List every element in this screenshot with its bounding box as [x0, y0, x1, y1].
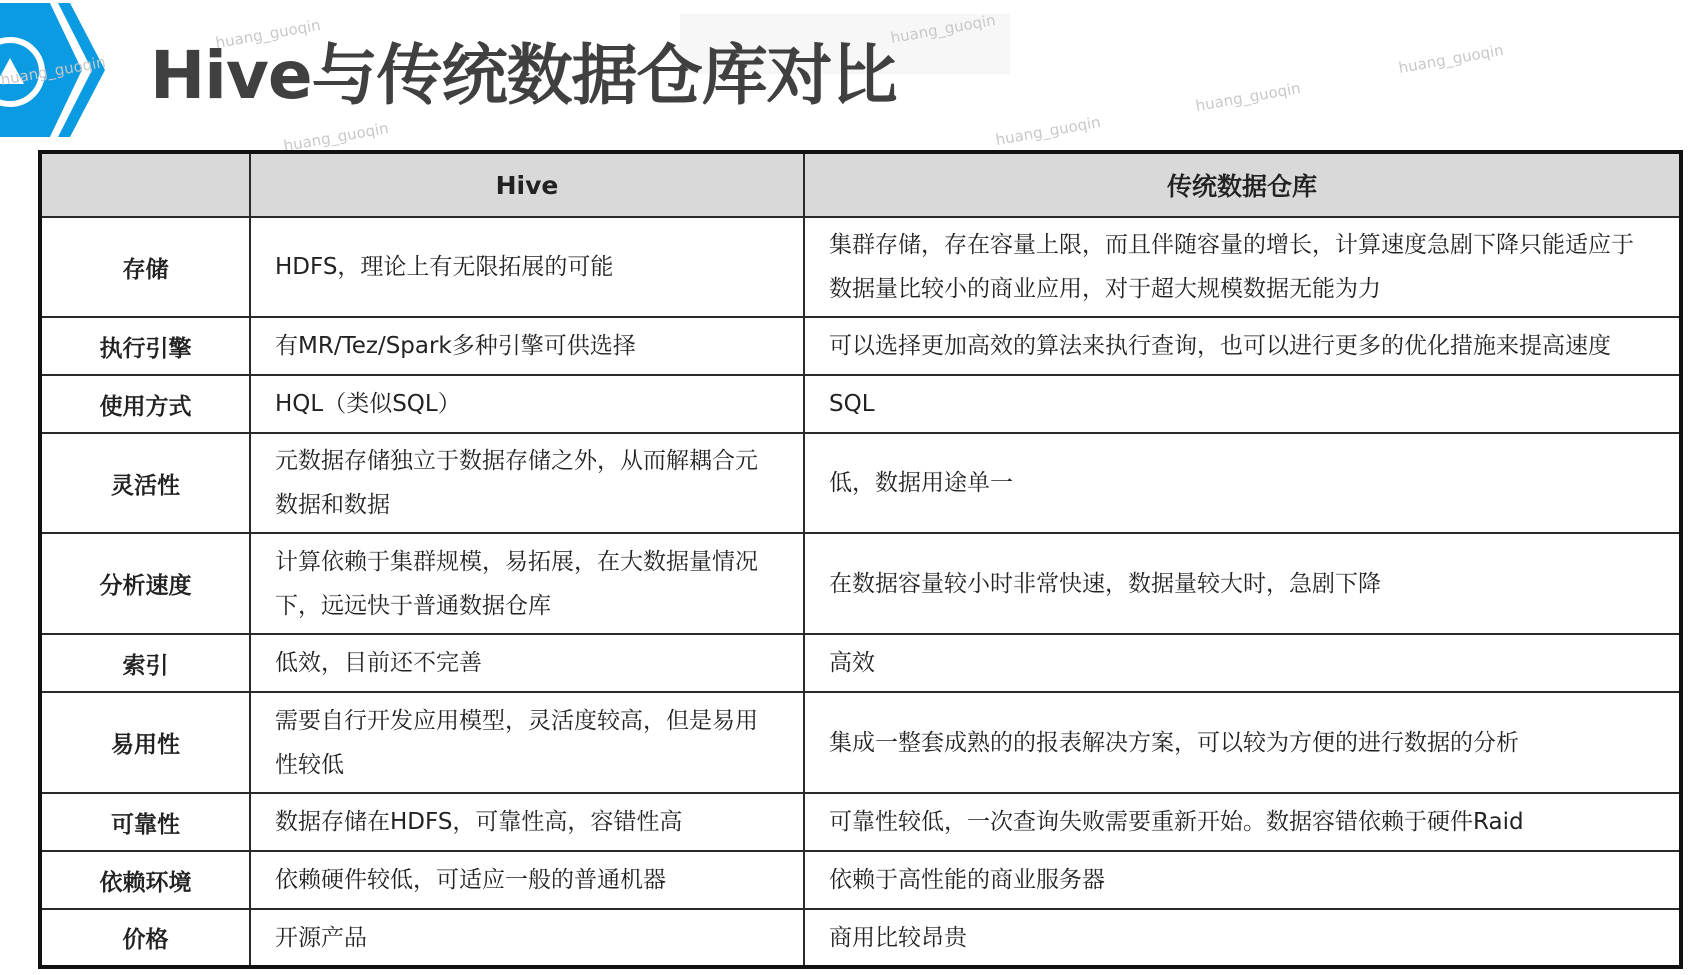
traditional-cell: 可以选择更加高效的算法来执行查询，也可以进行更多的优化措施来提高速度 [804, 317, 1681, 375]
row-label: 价格 [40, 909, 250, 967]
row-label: 使用方式 [40, 375, 250, 433]
slide-logo-icon [0, 0, 115, 140]
traditional-cell: 集成一整套成熟的的报表解决方案，可以较为方便的进行数据的分析 [804, 692, 1681, 793]
table-row: 执行引擎 有MR/Tez/Spark多种引擎可供选择 可以选择更加高效的算法来执… [40, 317, 1681, 375]
header-cell-empty [40, 152, 250, 217]
traditional-cell: 低，数据用途单一 [804, 433, 1681, 533]
traditional-cell: 商用比较昂贵 [804, 909, 1681, 967]
hive-cell: 需要自行开发应用模型，灵活度较高，但是易用性较低 [250, 692, 804, 793]
table-row: 依赖环境 依赖硬件较低，可适应一般的普通机器 依赖于高性能的商业服务器 [40, 851, 1681, 909]
row-label: 索引 [40, 634, 250, 692]
hive-cell: HQL（类似SQL） [250, 375, 804, 433]
traditional-cell: 高效 [804, 634, 1681, 692]
hive-cell: HDFS，理论上有无限拓展的可能 [250, 217, 804, 317]
traditional-cell: 集群存储，存在容量上限，而且伴随容量的增长，计算速度急剧下降只能适应于数据量比较… [804, 217, 1681, 317]
table-row: 易用性 需要自行开发应用模型，灵活度较高，但是易用性较低 集成一整套成熟的的报表… [40, 692, 1681, 793]
table-row: 可靠性 数据存储在HDFS，可靠性高，容错性高 可靠性较低，一次查询失败需要重新… [40, 793, 1681, 851]
comparison-table: Hive 传统数据仓库 存储 HDFS，理论上有无限拓展的可能 集群存储，存在容… [38, 150, 1683, 969]
traditional-cell: 依赖于高性能的商业服务器 [804, 851, 1681, 909]
watermark: huang_guoqin [1397, 41, 1505, 77]
watermark: huang_guoqin [1194, 79, 1302, 115]
traditional-cell: SQL [804, 375, 1681, 433]
hive-cell: 低效，目前还不完善 [250, 634, 804, 692]
row-label: 灵活性 [40, 433, 250, 533]
hive-cell: 计算依赖于集群规模，易拓展，在大数据量情况下，远远快于普通数据仓库 [250, 533, 804, 634]
table-row: 存储 HDFS，理论上有无限拓展的可能 集群存储，存在容量上限，而且伴随容量的增… [40, 217, 1681, 317]
row-label: 执行引擎 [40, 317, 250, 375]
table-row: 索引 低效，目前还不完善 高效 [40, 634, 1681, 692]
row-label: 依赖环境 [40, 851, 250, 909]
table-row: 分析速度 计算依赖于集群规模，易拓展，在大数据量情况下，远远快于普通数据仓库 在… [40, 533, 1681, 634]
row-label: 易用性 [40, 692, 250, 793]
page-title: Hive与传统数据仓库对比 [150, 28, 897, 124]
header-cell-hive: Hive [250, 152, 804, 217]
table-row: 使用方式 HQL（类似SQL） SQL [40, 375, 1681, 433]
header-cell-traditional: 传统数据仓库 [804, 152, 1681, 217]
hive-cell: 有MR/Tez/Spark多种引擎可供选择 [250, 317, 804, 375]
traditional-cell: 可靠性较低，一次查询失败需要重新开始。数据容错依赖于硬件Raid [804, 793, 1681, 851]
hive-cell: 开源产品 [250, 909, 804, 967]
row-label: 存储 [40, 217, 250, 317]
row-label: 分析速度 [40, 533, 250, 634]
row-label: 可靠性 [40, 793, 250, 851]
hive-cell: 依赖硬件较低，可适应一般的普通机器 [250, 851, 804, 909]
table-row: 价格 开源产品 商用比较昂贵 [40, 909, 1681, 967]
table-header-row: Hive 传统数据仓库 [40, 152, 1681, 217]
table-row: 灵活性 元数据存储独立于数据存储之外，从而解耦合元数据和数据 低，数据用途单一 [40, 433, 1681, 533]
hive-cell: 元数据存储独立于数据存储之外，从而解耦合元数据和数据 [250, 433, 804, 533]
watermark: huang_guoqin [994, 113, 1102, 149]
hive-cell: 数据存储在HDFS，可靠性高，容错性高 [250, 793, 804, 851]
traditional-cell: 在数据容量较小时非常快速，数据量较大时，急剧下降 [804, 533, 1681, 634]
